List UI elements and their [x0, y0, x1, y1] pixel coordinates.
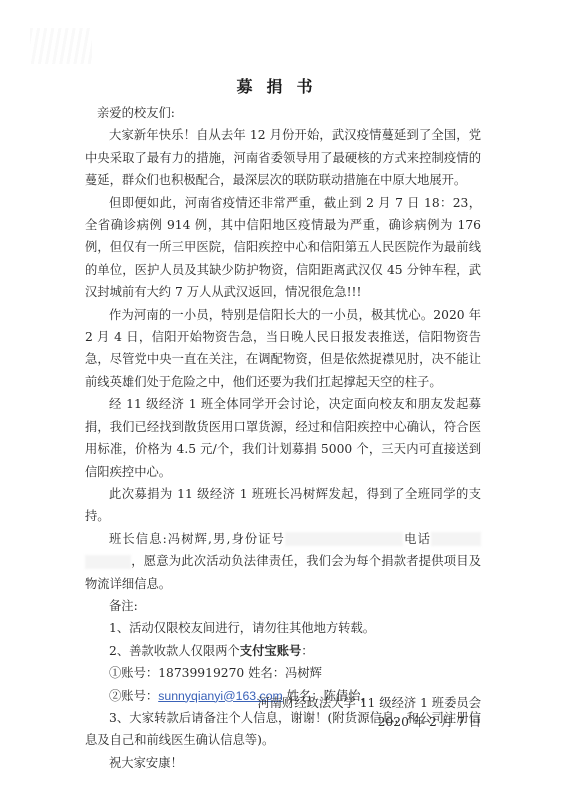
note-item-2-suffix: ：	[301, 644, 313, 658]
document-page: 募捐书 亲爱的校友们: 大家新年快乐！自从去年 12 月份开始，武汉疫情蔓延到了…	[0, 0, 563, 800]
signature-date: 2020 年 2 月 7 日	[257, 713, 481, 732]
note-item-1: 1、活动仅限校友间进行，请勿往其他地方转载。	[85, 617, 481, 639]
account-2-prefix: ②账号：	[109, 689, 158, 703]
redacted-phone-number	[431, 532, 481, 546]
signature-block: 河南财经政法大学 11 级经济 1 班委员会 2020 年 2 月 7 日	[257, 694, 481, 732]
paragraph-initiator: 此次募捐为 11 级经济 1 班班长冯树辉发起，得到了全班同学的支持。	[85, 483, 481, 528]
document-title: 募捐书	[0, 74, 563, 97]
monitor-info-suffix: ，愿意为此次活动负法律责任，我们会为每个捐款者提供项目及物流详细信息。	[85, 554, 481, 590]
notes-heading: 备注:	[85, 595, 481, 617]
note-item-2-prefix: 2、善款收款人仅限两个	[109, 644, 240, 658]
paragraph-concern: 作为河南的一小员，特别是信阳长大的一小员，极其忧心。2020 年 2 月 4 日…	[85, 304, 481, 394]
phone-label: 电话	[403, 532, 431, 546]
redacted-id-number	[285, 532, 403, 546]
paragraph-epidemic-status: 但即便如此，河南省疫情还非常严重，截止到 2 月 7 日 18：23，全省确诊病…	[85, 192, 481, 304]
note-item-2: 2、善款收款人仅限两个支付宝账号：	[85, 640, 481, 662]
salutation: 亲爱的校友们:	[85, 102, 481, 124]
paragraph-new-year: 大家新年快乐！自从去年 12 月份开始，武汉疫情蔓延到了全国，党中央采取了最有力…	[85, 124, 481, 191]
document-body: 亲爱的校友们: 大家新年快乐！自从去年 12 月份开始，武汉疫情蔓延到了全国，党…	[85, 102, 481, 774]
monitor-info-prefix: 班长信息:冯树辉,男,身份证号	[109, 532, 285, 546]
alipay-account-label: 支付宝账号	[240, 644, 302, 658]
signature-org: 河南财经政法大学 11 级经济 1 班委员会	[257, 694, 481, 713]
closing: 祝大家安康！	[85, 752, 481, 774]
paragraph-fundraising-plan: 经 11 级经济 1 班全体同学开会讨论，决定面向校友和朋友发起募捐，我们已经找…	[85, 393, 481, 483]
watermark-mark	[30, 28, 92, 64]
monitor-info: 班长信息:冯树辉,男,身份证号电话，愿意为此次活动负法律责任，我们会为每个捐款者…	[85, 528, 481, 595]
account-1: ①账号：18739919270 姓名：冯树辉	[85, 662, 481, 684]
redacted-phone-number-cont	[85, 555, 131, 569]
